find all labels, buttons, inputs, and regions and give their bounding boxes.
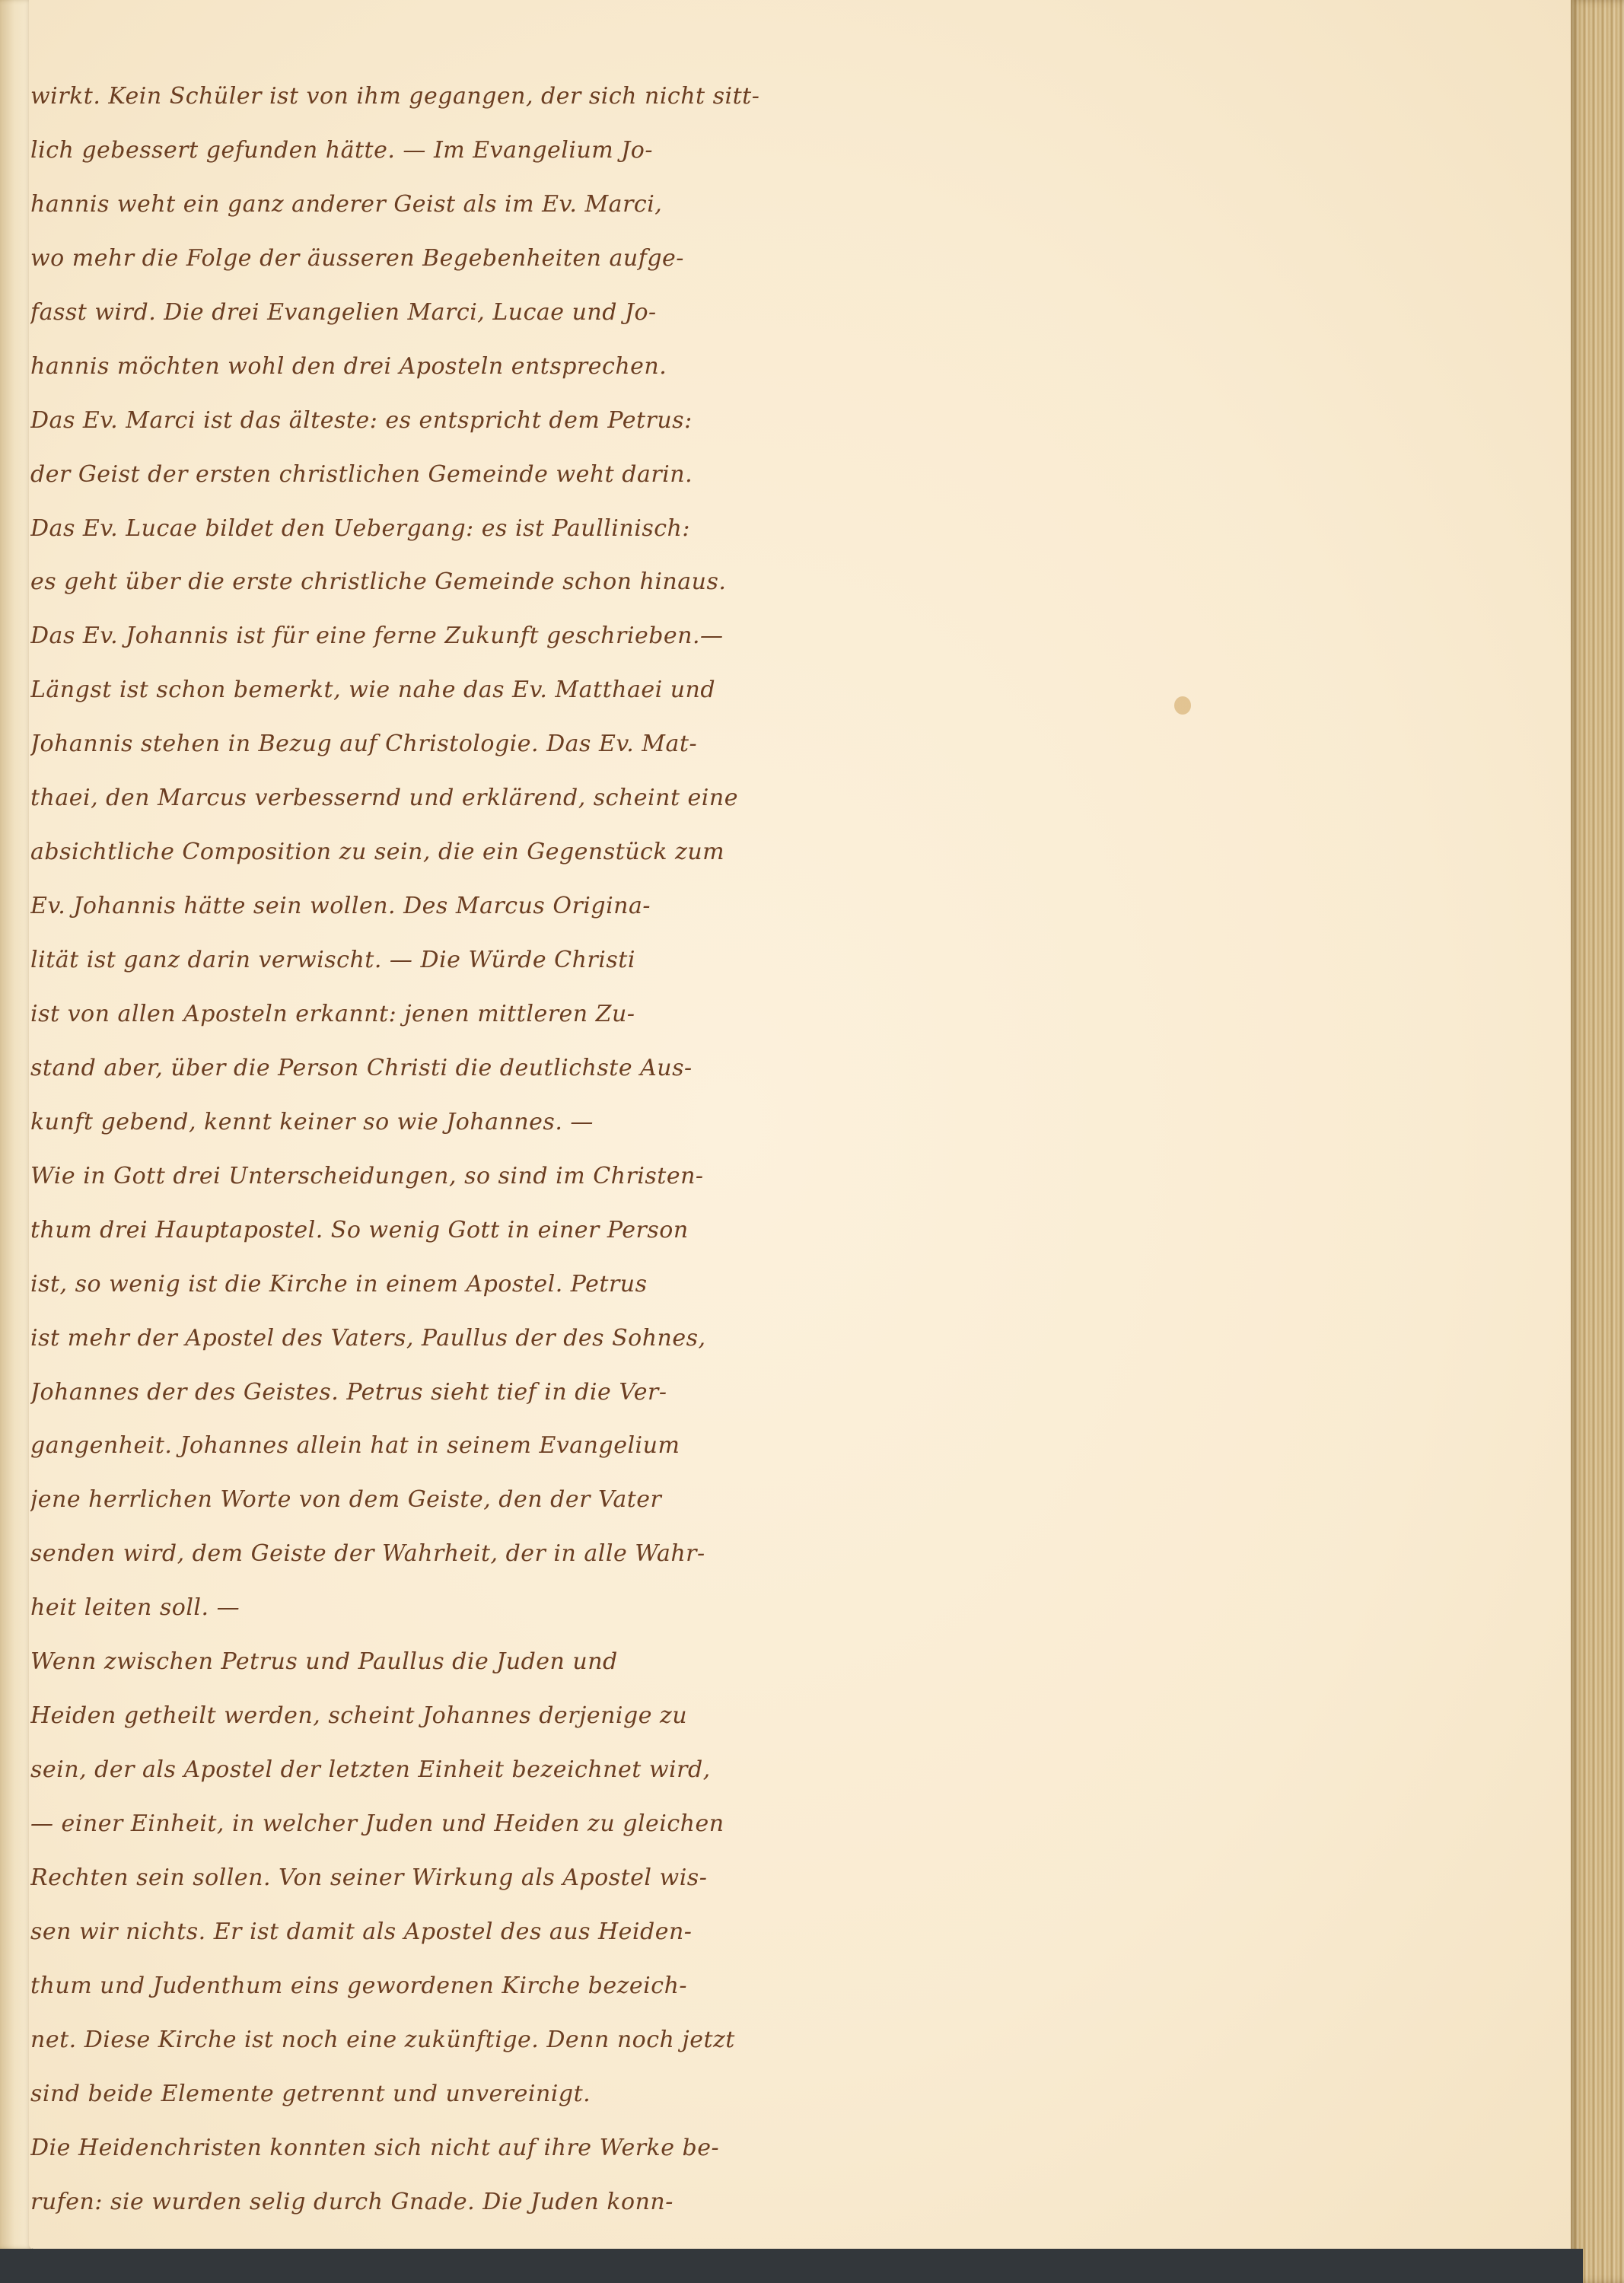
- text-line: hannis weht ein ganz anderer Geist als i…: [30, 178, 830, 232]
- text-line: Längst ist schon bemerkt, wie nahe das E…: [30, 664, 830, 718]
- text-line: sen wir nichts. Er ist damit als Apostel…: [30, 1906, 830, 1960]
- text-line: Wenn zwischen Petrus und Paullus die Jud…: [30, 1635, 830, 1689]
- text-line: — einer Einheit, in welcher Juden und He…: [30, 1797, 830, 1852]
- text-line: stand aber, über die Person Christi die …: [30, 1042, 830, 1096]
- text-line: Johannes der des Geistes. Petrus sieht t…: [30, 1366, 830, 1420]
- text-line: absichtliche Composition zu sein, die ei…: [30, 826, 830, 880]
- text-line: Heiden getheilt werden, scheint Johannes…: [30, 1689, 830, 1743]
- text-line: Das Ev. Marci ist das älteste: es entspr…: [30, 394, 830, 448]
- text-line: ist, so wenig ist die Kirche in einem Ap…: [30, 1258, 830, 1312]
- text-line: Die Heidenchristen konnten sich nicht au…: [30, 2122, 830, 2176]
- text-line: sind beide Elemente getrennt und unverei…: [30, 2068, 830, 2122]
- text-line: senden wird, dem Geiste der Wahrheit, de…: [30, 1527, 830, 1581]
- text-line: der Geist der ersten christlichen Gemein…: [30, 448, 830, 502]
- handwritten-text-block: wirkt. Kein Schüler ist von ihm gegangen…: [30, 70, 830, 2230]
- text-line: lität ist ganz darin verwischt. — Die Wü…: [30, 934, 830, 988]
- scan-background: [0, 2249, 1583, 2283]
- text-line: heit leiten soll. —: [30, 1581, 830, 1635]
- text-line: kunft gebend, kennt keiner so wie Johann…: [30, 1096, 830, 1150]
- text-line: ist mehr der Apostel des Vaters, Paullus…: [30, 1312, 830, 1366]
- text-line: Das Ev. Lucae bildet den Uebergang: es i…: [30, 502, 830, 556]
- page-edges: [1571, 0, 1624, 2283]
- text-line: thum und Judenthum eins gewordenen Kirch…: [30, 1960, 830, 2014]
- text-line: es geht über die erste christliche Gemei…: [30, 556, 830, 610]
- text-line: Johannis stehen in Bezug auf Christologi…: [30, 718, 830, 772]
- text-line: Das Ev. Johannis ist für eine ferne Zuku…: [30, 610, 830, 664]
- text-line: lich gebessert gefunden hätte. — Im Evan…: [30, 124, 830, 178]
- text-line: hannis möchten wohl den drei Aposteln en…: [30, 340, 830, 394]
- text-line: jene herrlichen Worte von dem Geiste, de…: [30, 1473, 830, 1527]
- text-line: Rechten sein sollen. Von seiner Wirkung …: [30, 1852, 830, 1906]
- text-line: ist von allen Aposteln erkannt: jenen mi…: [30, 988, 830, 1042]
- text-line: thum drei Hauptapostel. So wenig Gott in…: [30, 1204, 830, 1258]
- paper-stain: [1174, 696, 1191, 715]
- text-line: Wie in Gott drei Unterscheidungen, so si…: [30, 1150, 830, 1204]
- text-line: thaei, den Marcus verbessernd und erklär…: [30, 772, 830, 826]
- text-line: wo mehr die Folge der äusseren Begebenhe…: [30, 232, 830, 286]
- text-line: wirkt. Kein Schüler ist von ihm gegangen…: [30, 70, 830, 124]
- text-line: Ev. Johannis hätte sein wollen. Des Marc…: [30, 880, 830, 934]
- book-gutter: [0, 0, 32, 2249]
- text-line: gangenheit. Johannes allein hat in seine…: [30, 1419, 830, 1473]
- text-line: fasst wird. Die drei Evangelien Marci, L…: [30, 286, 830, 340]
- text-line: rufen: sie wurden selig durch Gnade. Die…: [30, 2176, 830, 2230]
- text-line: sein, der als Apostel der letzten Einhei…: [30, 1743, 830, 1797]
- text-line: net. Diese Kirche ist noch eine zukünfti…: [30, 2014, 830, 2068]
